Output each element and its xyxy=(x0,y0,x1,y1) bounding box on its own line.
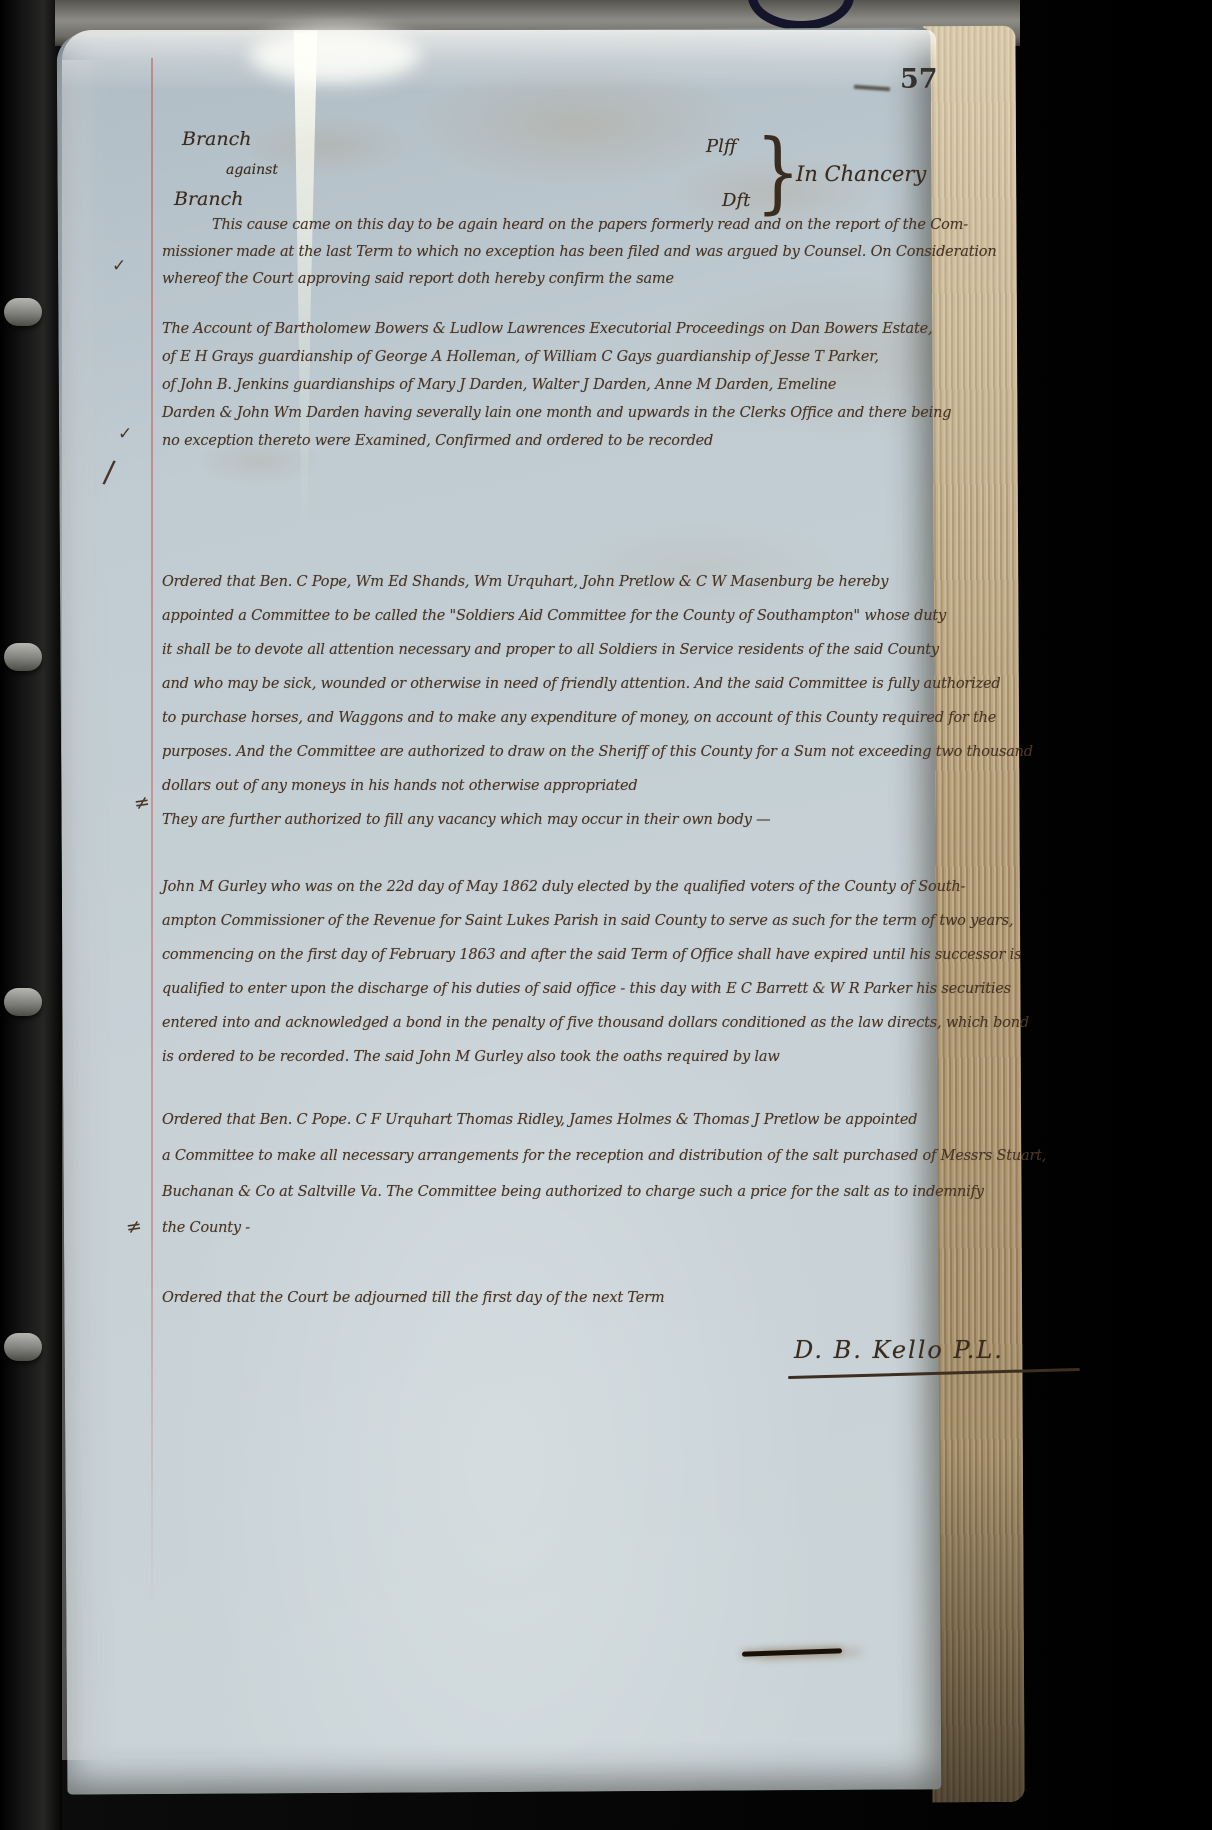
manuscript-line: commencing on the first day of February … xyxy=(162,938,1029,972)
manuscript-line: and who may be sick, wounded or otherwis… xyxy=(162,667,1033,701)
order-paragraph: Ordered that Ben. C Pope. C F Urquhart T… xyxy=(162,1102,1046,1246)
manuscript-line: of E H Grays guardianship of George A Ho… xyxy=(162,343,951,371)
manuscript-line: The Account of Bartholomew Bowers & Ludl… xyxy=(162,315,951,343)
binder-ring xyxy=(4,988,42,1016)
manuscript-line: is ordered to be recorded. The said John… xyxy=(162,1040,1029,1074)
manuscript-line: They are further authorized to fill any … xyxy=(162,803,1033,837)
plastic-sleeve-sheen xyxy=(62,30,936,90)
manuscript-line: This cause came on this day to be again … xyxy=(162,212,996,239)
manuscript-line: appointed a Committee to be called the "… xyxy=(162,599,1033,633)
court-name: In Chancery xyxy=(796,162,926,186)
manuscript-line: entered into and acknowledged a bond in … xyxy=(162,1006,1029,1040)
manuscript-line: it shall be to devote all attention nece… xyxy=(162,633,1033,667)
binder-ring xyxy=(4,643,42,671)
manuscript-line: Buchanan & Co at Saltville Va. The Commi… xyxy=(162,1174,1046,1210)
sleeve-left-sheen xyxy=(62,60,108,1760)
photo-frame: 57 Branch against Branch Plff Dft } In C… xyxy=(0,0,1212,1830)
binder-ring xyxy=(4,298,42,326)
caption-brace: } xyxy=(756,128,801,216)
order-paragraph: Ordered that the Court be adjourned till… xyxy=(162,1283,664,1313)
manuscript-line: purposes. And the Committee are authoriz… xyxy=(162,735,1033,769)
manuscript-line: whereof the Court approving said report … xyxy=(162,266,996,293)
plaintiff-name: Branch xyxy=(182,128,252,150)
manuscript-line: Ordered that the Court be adjourned till… xyxy=(162,1283,664,1313)
defendant-name: Branch xyxy=(174,188,244,210)
margin-mark: ≠ xyxy=(125,1215,144,1239)
manuscript-line: no exception thereto were Examined, Conf… xyxy=(162,427,951,455)
binder-ring xyxy=(4,1333,42,1361)
manuscript-line: dollars out of any moneys in his hands n… xyxy=(162,769,1033,803)
manuscript-line: John M Gurley who was on the 22d day of … xyxy=(162,870,1029,904)
order-paragraph: John M Gurley who was on the 22d day of … xyxy=(162,870,1029,1074)
order-paragraph: The Account of Bartholomew Bowers & Ludl… xyxy=(162,315,951,455)
plaintiff-abbrev: Plff xyxy=(706,136,737,157)
red-margin-rule xyxy=(151,58,153,1618)
page-number: 57 xyxy=(900,64,938,95)
manuscript-line: the County - xyxy=(162,1210,1046,1246)
manuscript-line: to purchase horses, and Waggons and to m… xyxy=(162,701,1033,735)
order-paragraph: This cause came on this day to be again … xyxy=(162,212,996,293)
clerk-signature: D. B. Kello P.L. xyxy=(794,1336,1004,1364)
margin-mark: ✓ xyxy=(118,424,132,444)
manuscript-line: a Committee to make all necessary arrang… xyxy=(162,1138,1046,1174)
manuscript-line: qualified to enter upon the discharge of… xyxy=(162,972,1029,1006)
order-paragraph: Ordered that Ben. C Pope, Wm Ed Shands, … xyxy=(162,565,1033,837)
margin-mark: ≠ xyxy=(133,791,152,815)
margin-mark: ✓ xyxy=(112,256,126,276)
manuscript-line: of John B. Jenkins guardianships of Mary… xyxy=(162,371,951,399)
manuscript-line: Ordered that Ben. C Pope, Wm Ed Shands, … xyxy=(162,565,1033,599)
manuscript-line: missioner made at the last Term to which… xyxy=(162,239,996,266)
manuscript-line: Ordered that Ben. C Pope. C F Urquhart T… xyxy=(162,1102,1046,1138)
binder-spine xyxy=(0,0,62,1830)
manuscript-line: ampton Commissioner of the Revenue for S… xyxy=(162,904,1029,938)
manuscript-line: Darden & John Wm Darden having severally… xyxy=(162,399,951,427)
versus-label: against xyxy=(226,162,278,178)
glare-highlight xyxy=(250,28,420,83)
defendant-abbrev: Dft xyxy=(722,190,750,211)
